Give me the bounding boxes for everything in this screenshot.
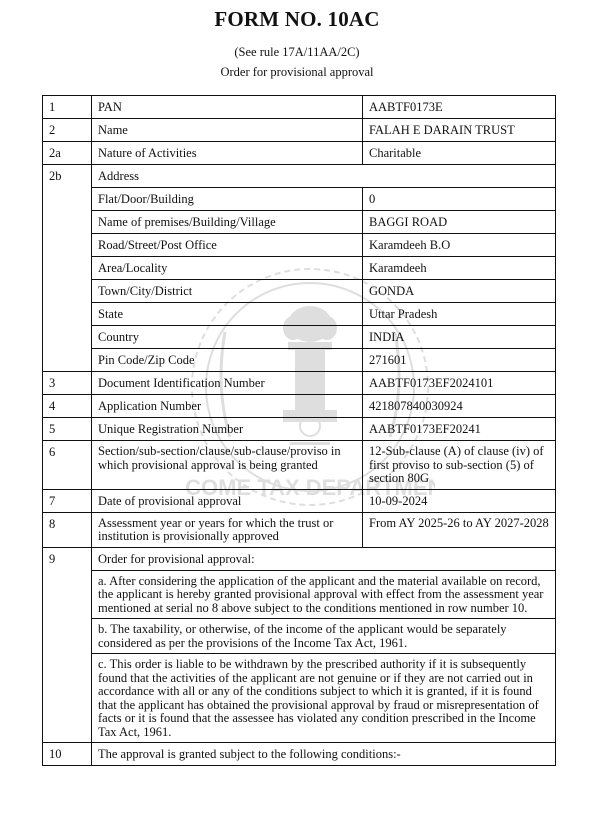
field-label: Name: [92, 119, 363, 142]
urn-value: AABTF0173EF20241: [363, 418, 556, 441]
premises-value: BAGGI ROAD: [363, 211, 556, 234]
nature-value: Charitable: [363, 142, 556, 165]
order-paragraph-b: b. The taxability, or otherwise, of the …: [92, 619, 556, 654]
din-value: AABTF0173EF2024101: [363, 372, 556, 395]
field-label: Pin Code/Zip Code: [92, 349, 363, 372]
row-number: 3: [43, 372, 92, 395]
approval-date-value: 10-09-2024: [363, 489, 556, 512]
table-row: Country INDIA: [43, 326, 556, 349]
pincode-value: 271601: [363, 349, 556, 372]
pan-value: AABTF0173E: [363, 96, 556, 119]
table-row: c. This order is liable to be withdrawn …: [43, 654, 556, 743]
table-row: 4 Application Number 421807840030924: [43, 395, 556, 418]
row-number: 4: [43, 395, 92, 418]
table-row: 10 The approval is granted subject to th…: [43, 743, 556, 766]
application-number-value: 421807840030924: [363, 395, 556, 418]
table-row: Area/Locality Karamdeeh: [43, 257, 556, 280]
table-row: 6 Section/sub-section/clause/sub-clause/…: [43, 441, 556, 490]
field-label: Unique Registration Number: [92, 418, 363, 441]
field-label: Area/Locality: [92, 257, 363, 280]
table-row: Town/City/District GONDA: [43, 280, 556, 303]
road-value: Karamdeeh B.O: [363, 234, 556, 257]
row-number: 2: [43, 119, 92, 142]
field-label: Document Identification Number: [92, 372, 363, 395]
city-value: GONDA: [363, 280, 556, 303]
order-paragraph-a: a. After considering the application of …: [92, 570, 556, 619]
field-label: Road/Street/Post Office: [92, 234, 363, 257]
field-label: Nature of Activities: [92, 142, 363, 165]
table-row: 8 Assessment year or years for which the…: [43, 512, 556, 547]
field-label: State: [92, 303, 363, 326]
flat-value: 0: [363, 188, 556, 211]
table-row: 9 Order for provisional approval:: [43, 547, 556, 570]
table-row: a. After considering the application of …: [43, 570, 556, 619]
field-label: Town/City/District: [92, 280, 363, 303]
table-row: 1 PAN AABTF0173E: [43, 96, 556, 119]
section-value: 12-Sub-clause (A) of clause (iv) of firs…: [363, 441, 556, 490]
row-number: 9: [43, 547, 92, 570]
table-row: 2b Address: [43, 165, 556, 188]
address-heading: Address: [92, 165, 556, 188]
table-row: 7 Date of provisional approval 10-09-202…: [43, 489, 556, 512]
conditions-heading: The approval is granted subject to the f…: [92, 743, 556, 766]
order-paragraph-c: c. This order is liable to be withdrawn …: [92, 654, 556, 743]
row-number: 2b: [43, 165, 92, 188]
field-label: Application Number: [92, 395, 363, 418]
table-row: Flat/Door/Building 0: [43, 188, 556, 211]
field-label: Name of premises/Building/Village: [92, 211, 363, 234]
order-heading: Order for provisional approval:: [92, 547, 556, 570]
row-number: 8: [43, 512, 92, 547]
row-number: 7: [43, 489, 92, 512]
table-row: Pin Code/Zip Code 271601: [43, 349, 556, 372]
form-subtitle: Order for provisional approval: [0, 65, 594, 80]
form-title: FORM NO. 10AC: [0, 7, 594, 32]
row-number: 10: [43, 743, 92, 766]
country-value: INDIA: [363, 326, 556, 349]
table-row: 5 Unique Registration Number AABTF0173EF…: [43, 418, 556, 441]
state-value: Uttar Pradesh: [363, 303, 556, 326]
provisional-approval-table: 1 PAN AABTF0173E 2 Name FALAH E DARAIN T…: [42, 95, 556, 766]
area-value: Karamdeeh: [363, 257, 556, 280]
name-value: FALAH E DARAIN TRUST: [363, 119, 556, 142]
table-row: Road/Street/Post Office Karamdeeh B.O: [43, 234, 556, 257]
table-row: 2a Nature of Activities Charitable: [43, 142, 556, 165]
row-number: 6: [43, 441, 92, 490]
field-label: Date of provisional approval: [92, 489, 363, 512]
field-label: PAN: [92, 96, 363, 119]
row-number: 2a: [43, 142, 92, 165]
field-label: Flat/Door/Building: [92, 188, 363, 211]
field-label: Country: [92, 326, 363, 349]
assessment-years-value: From AY 2025-26 to AY 2027-2028: [363, 512, 556, 547]
table-row: Name of premises/Building/Village BAGGI …: [43, 211, 556, 234]
row-number: 5: [43, 418, 92, 441]
table-row: State Uttar Pradesh: [43, 303, 556, 326]
table-row: 2 Name FALAH E DARAIN TRUST: [43, 119, 556, 142]
table-row: b. The taxability, or otherwise, of the …: [43, 619, 556, 654]
row-number: 1: [43, 96, 92, 119]
table-row: 3 Document Identification Number AABTF01…: [43, 372, 556, 395]
rule-reference: (See rule 17A/11AA/2C): [0, 45, 594, 60]
field-label: Section/sub-section/clause/sub-clause/pr…: [92, 441, 363, 490]
field-label: Assessment year or years for which the t…: [92, 512, 363, 547]
